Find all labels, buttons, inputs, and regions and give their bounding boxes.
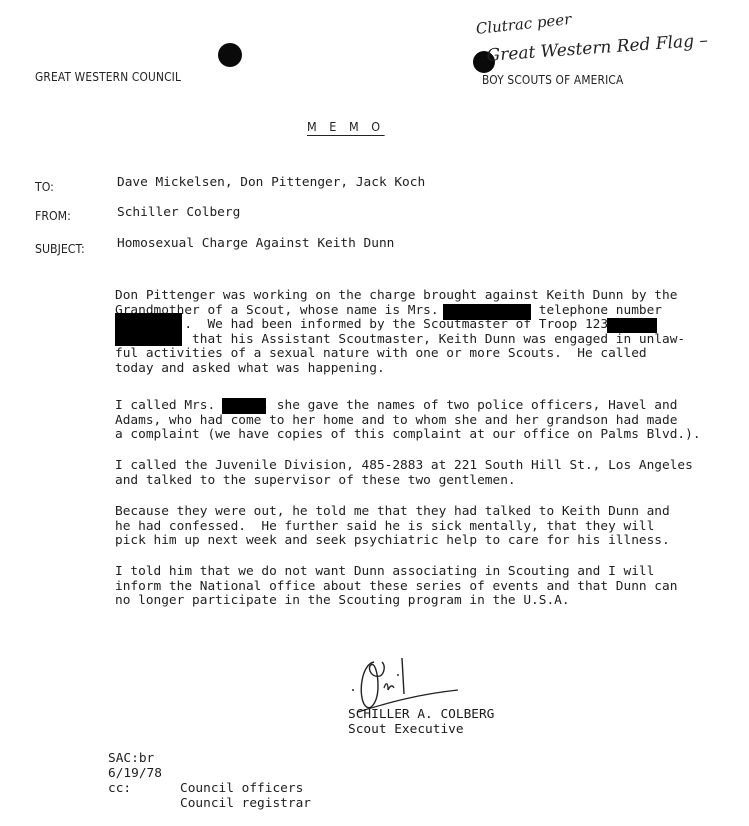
body-line: ful activities of a sexual nature with o… bbox=[115, 347, 715, 362]
body-line: a complaint (we have copies of this comp… bbox=[115, 428, 715, 443]
handwritten-note-line1: Clutrac peer bbox=[475, 10, 572, 38]
subject-label: SUBJECT: bbox=[35, 241, 85, 256]
memo-page: GREAT WESTERN COUNCIL BOY SCOUTS OF AMER… bbox=[0, 0, 749, 826]
from-label: FROM: bbox=[35, 208, 71, 223]
cc-recipient: Council registrar bbox=[180, 797, 311, 812]
body-line: pick him up next week and seek psychiatr… bbox=[115, 534, 715, 549]
to-value: Dave Mickelsen, Don Pittenger, Jack Koch bbox=[117, 176, 425, 191]
body-line: I called Mrs. , she gave the names of tw… bbox=[115, 399, 715, 414]
redaction-scoutmaster-name bbox=[607, 318, 657, 333]
body-line: inform the National office about these s… bbox=[115, 580, 715, 595]
typist-initials: SAC:br bbox=[108, 752, 154, 767]
body-line: Grandmother of a Scout, whose name is Mr… bbox=[115, 304, 715, 319]
redaction-grandmother-name bbox=[443, 304, 531, 320]
body-line: I told him that we do not want Dunn asso… bbox=[115, 565, 715, 580]
body-line: no longer participate in the Scouting pr… bbox=[115, 594, 715, 609]
body-line: Don Pittenger was working on the charge … bbox=[115, 289, 715, 304]
body-paragraph-2: I called Mrs. , she gave the names of tw… bbox=[115, 399, 715, 443]
cc-label: cc: bbox=[108, 782, 131, 797]
body-line: he had confessed. He further said he is … bbox=[115, 520, 715, 535]
body-line: Adams, who had come to her home and to w… bbox=[115, 414, 715, 429]
redaction-mrs-name bbox=[222, 398, 266, 414]
body-line: and talked to the supervisor of these tw… bbox=[115, 474, 715, 489]
letterhead-council: GREAT WESTERN COUNCIL bbox=[35, 69, 181, 84]
memo-date: 6/19/78 bbox=[108, 767, 162, 782]
body-line: Because they were out, he told me that t… bbox=[115, 505, 715, 520]
body-paragraph-3: I called the Juvenile Division, 485-2883… bbox=[115, 459, 715, 488]
to-label: TO: bbox=[35, 179, 54, 194]
redaction-telephone-number bbox=[115, 313, 182, 346]
from-value: Schiller Colberg bbox=[117, 206, 240, 221]
body-line: that his Assistant Scoutmaster, Keith Du… bbox=[115, 333, 715, 348]
subject-value: Homosexual Charge Against Keith Dunn bbox=[117, 237, 394, 252]
letterhead-organization: BOY SCOUTS OF AMERICA bbox=[482, 72, 623, 87]
signer-title: Scout Executive bbox=[348, 723, 464, 738]
body-paragraph-5: I told him that we do not want Dunn asso… bbox=[115, 565, 715, 609]
body-paragraph-4: Because they were out, he told me that t… bbox=[115, 505, 715, 549]
signer-name: SCHILLER A. COLBERG bbox=[348, 708, 494, 723]
handwritten-note-line2: Great Western Red Flag – bbox=[486, 31, 709, 66]
hole-punch-left bbox=[218, 43, 242, 67]
memo-title: M E M O bbox=[307, 119, 385, 134]
body-line: today and asked what was happening. bbox=[115, 362, 715, 377]
body-line: I called the Juvenile Division, 485-2883… bbox=[115, 459, 715, 474]
cc-recipient: Council officers bbox=[180, 782, 303, 797]
